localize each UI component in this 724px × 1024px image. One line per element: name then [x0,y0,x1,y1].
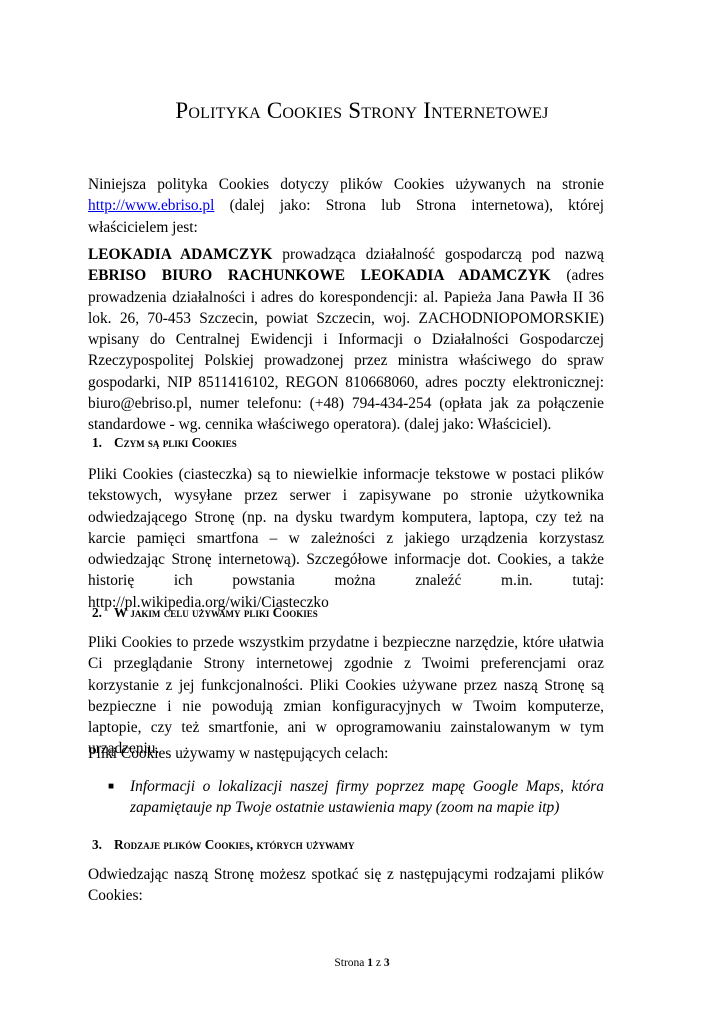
footer-separator: z [373,957,384,969]
section-number: 2. [92,605,114,621]
website-link[interactable]: http://www.ebriso.pl [88,197,214,214]
document-title: Polityka Cookies Strony Internetowej [0,98,724,124]
section-title: Czym są pliki Cookies [114,435,237,450]
section-2-paragraph: Pliki Cookies to przede wszystkim przyda… [88,632,604,760]
section-1-paragraph: Pliki Cookies (ciasteczka) są to niewiel… [88,464,604,613]
intro-paragraph: Niniejsza polityka Cookies dotyczy plikó… [88,174,604,238]
owner-text: prowadząca działalność gospodarczą pod n… [272,246,604,263]
section-2-heading: 2.W jakim celu używamy pliki Cookies [92,605,318,621]
company-name: EBRISO BIURO RACHUNKOWE LEOKADIA ADAMCZY… [88,267,551,284]
list-item-text: Informacji o lokalizacji naszej firmy po… [130,776,604,819]
section-number: 3. [92,837,114,853]
section-number: 1. [92,435,114,451]
section-3-heading: 3.Rodzaje plików Cookies, których używam… [92,837,355,853]
section-3-paragraph: Odwiedzając naszą Stronę możesz spotkać … [88,864,604,907]
owner-paragraph: LEOKADIA ADAMCZYK prowadząca działalność… [88,244,604,436]
footer-label: Strona [334,957,367,969]
page-footer: Strona 1 z 3 [0,957,724,969]
total-page-count: 3 [384,957,390,969]
owner-details: (adres prowadzenia działalności i adres … [88,267,604,433]
section-2-purposes-intro: Pliki Cookies używamy w następujących ce… [88,743,604,764]
owner-name: LEOKADIA ADAMCZYK [88,246,272,263]
section-title: Rodzaje plików Cookies, których używamy [114,837,355,852]
intro-text: Niniejsza polityka Cookies dotyczy plikó… [88,176,604,193]
section-title: W jakim celu używamy pliki Cookies [114,605,318,620]
section-1-heading: 1.Czym są pliki Cookies [92,435,237,451]
square-bullet-icon: ■ [108,776,114,797]
document-page: Polityka Cookies Strony Internetowej Nin… [0,0,724,1024]
